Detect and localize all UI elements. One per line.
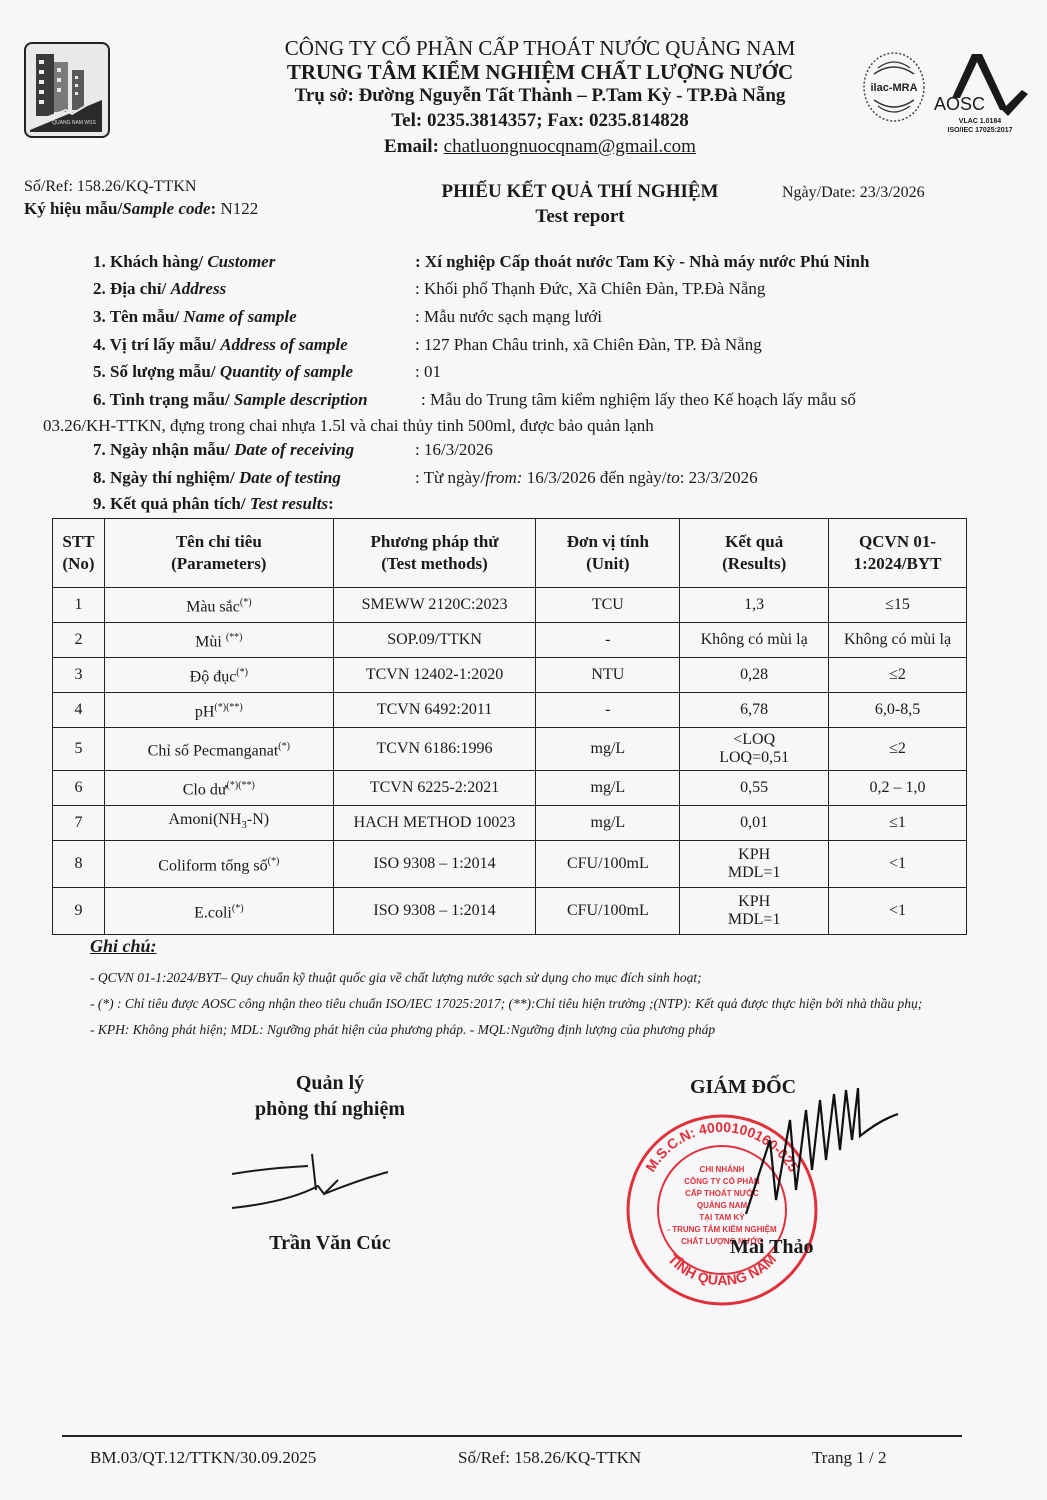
footer-divider	[62, 1435, 962, 1437]
cell-limit: ≤2	[829, 728, 967, 771]
cell-method: ISO 9308 – 1:2014	[333, 888, 536, 935]
svg-text:ISO/IEC 17025:2017: ISO/IEC 17025:2017	[948, 127, 1013, 134]
building-logo-icon: QUANG NAM WSS	[26, 44, 108, 136]
cell-parameter: Màu sắc(*)	[104, 588, 333, 623]
cell-no: 2	[53, 623, 105, 658]
report-title: PHIẾU KẾT QUẢ THÍ NGHIỆM Test report	[420, 180, 740, 230]
cell-no: 5	[53, 728, 105, 771]
cell-result: 0,55	[680, 771, 829, 806]
cell-unit: mg/L	[536, 728, 680, 771]
cell-method: TCVN 6492:2011	[333, 693, 536, 728]
lab-manager-title: Quản lý phòng thí nghiệm	[200, 1070, 460, 1122]
cell-unit: TCU	[536, 588, 680, 623]
center-name: TRUNG TÂM KIỂM NGHIỆM CHẤT LƯỢNG NƯỚC	[150, 60, 930, 84]
cell-method: HACH METHOD 10023	[333, 806, 536, 841]
info-sample-description-cont: 03.26/KH-TTKN, đựng trong chai nhựa 1.5l…	[43, 416, 654, 436]
table-row: 3 Độ đục(*) TCVN 12402-1:2020 NTU 0,28 ≤…	[53, 658, 967, 693]
results-table: STT(No) Tên chỉ tiêu(Parameters) Phương …	[52, 518, 967, 935]
email-link[interactable]: chatluongnuocqnam@gmail.com	[444, 136, 696, 157]
cell-unit: CFU/100mL	[536, 888, 680, 935]
cell-parameter: Độ đục(*)	[104, 658, 333, 693]
table-row: 6 Clo dư(*)(**) TCVN 6225-2:2021 mg/L 0,…	[53, 771, 967, 806]
info-customer: 1. Khách hàng/ Customer : Xí nghiệp Cấp …	[93, 252, 275, 272]
cell-parameter: Amoni(NH3-N)	[104, 806, 333, 841]
aosc-check-icon: AOSC VLAC 1.0184 ISO/IEC 17025:2017	[930, 46, 1030, 136]
cell-limit: ≤15	[829, 588, 967, 623]
col-no: STT(No)	[53, 519, 105, 588]
svg-text:- TRUNG TÂM KIỂM NGHIỆM: - TRUNG TÂM KIỂM NGHIỆM	[667, 1225, 777, 1234]
sample-code: Ký hiệu mẫu/Sample code: N122	[24, 198, 258, 220]
cell-method: SOP.09/TTKN	[333, 623, 536, 658]
address-line: Trụ sở: Đường Nguyễn Tất Thành – P.Tam K…	[150, 84, 930, 108]
note-line: - QCVN 01-1:2024/BYT– Quy chuẩn kỹ thuật…	[90, 968, 985, 988]
cell-result: 1,3	[680, 588, 829, 623]
cell-result: KPHMDL=1	[680, 888, 829, 935]
cell-result: Không có mùi lạ	[680, 623, 829, 658]
cell-unit: NTU	[536, 658, 680, 693]
cell-limit: 6,0-8,5	[829, 693, 967, 728]
cell-result: 0,28	[680, 658, 829, 693]
cell-limit: ≤2	[829, 658, 967, 693]
lab-manager-signature-icon	[228, 1150, 398, 1210]
cell-result: 6,78	[680, 693, 829, 728]
aosc-logo: AOSC VLAC 1.0184 ISO/IEC 17025:2017	[930, 46, 1030, 136]
cell-no: 9	[53, 888, 105, 935]
info-sample-description: 6. Tình trạng mẫu/ Sample description : …	[93, 390, 368, 410]
info-date-testing: 8. Ngày thí nghiệm/ Date of testing : Từ…	[93, 468, 341, 488]
cell-unit: mg/L	[536, 771, 680, 806]
info-sample-name: 3. Tên mẫu/ Name of sample : Mẫu nước sạ…	[93, 307, 297, 327]
cell-limit: <1	[829, 841, 967, 888]
director-signature-icon	[740, 1080, 900, 1220]
cell-method: TCVN 6225-2:2021	[333, 771, 536, 806]
cell-no: 6	[53, 771, 105, 806]
col-result: Kết quả(Results)	[680, 519, 829, 588]
svg-text:AOSC: AOSC	[934, 94, 985, 114]
table-row: 9 E.coli(*) ISO 9308 – 1:2014 CFU/100mL …	[53, 888, 967, 935]
email-line: Email: chatluongnuocqnam@gmail.com	[150, 134, 930, 160]
phone-line: Tel: 0235.3814357; Fax: 0235.814828	[150, 108, 930, 134]
col-method: Phương pháp thử(Test methods)	[333, 519, 536, 588]
svg-text:QUANG NAM WSS: QUANG NAM WSS	[52, 120, 96, 126]
cell-parameter: Mùi (**)	[104, 623, 333, 658]
cell-limit: 0,2 – 1,0	[829, 771, 967, 806]
company-name: CÔNG TY CỔ PHẦN CẤP THOÁT NƯỚC QUẢNG NAM	[150, 36, 930, 60]
info-test-results: 9. Kết quả phân tích/ Test results:	[93, 494, 334, 514]
cell-no: 7	[53, 806, 105, 841]
cell-no: 3	[53, 658, 105, 693]
svg-text:ilac-MRA: ilac-MRA	[870, 82, 917, 94]
cell-no: 1	[53, 588, 105, 623]
table-row: 1 Màu sắc(*) SMEWW 2120C:2023 TCU 1,3 ≤1…	[53, 588, 967, 623]
svg-text:CHI NHÁNH: CHI NHÁNH	[700, 1165, 745, 1174]
cell-parameter: Clo dư(*)(**)	[104, 771, 333, 806]
note-line: - KPH: Không phát hiện; MDL: Ngưỡng phát…	[90, 1020, 985, 1040]
organization-header: CÔNG TY CỔ PHẦN CẤP THOÁT NƯỚC QUẢNG NAM…	[150, 36, 930, 160]
table-row: 7 Amoni(NH3-N) HACH METHOD 10023 mg/L 0,…	[53, 806, 967, 841]
title-en: Test report	[420, 204, 740, 230]
col-limit: QCVN 01-1:2024/BYT	[829, 519, 967, 588]
info-address: 2. Địa chỉ/ Address : Khối phố Thạnh Đức…	[93, 279, 226, 299]
cell-no: 8	[53, 841, 105, 888]
lab-manager-name: Trần Văn Cúc	[200, 1232, 460, 1255]
note-line: - (*) : Chỉ tiêu được AOSC công nhận the…	[90, 994, 985, 1014]
col-parameter: Tên chỉ tiêu(Parameters)	[104, 519, 333, 588]
table-header-row: STT(No) Tên chỉ tiêu(Parameters) Phương …	[53, 519, 967, 588]
title-vi: PHIẾU KẾT QUẢ THÍ NGHIỆM	[420, 180, 740, 204]
cell-method: SMEWW 2120C:2023	[333, 588, 536, 623]
cell-result: <LOQLOQ=0,51	[680, 728, 829, 771]
notes: - QCVN 01-1:2024/BYT– Quy chuẩn kỹ thuật…	[90, 968, 985, 1046]
info-quantity: 5. Số lượng mẫu/ Quantity of sample : 01	[93, 362, 353, 382]
cell-unit: CFU/100mL	[536, 841, 680, 888]
cell-limit: ≤1	[829, 806, 967, 841]
ilac-mra-icon: ilac-MRA	[862, 50, 926, 124]
svg-text:VLAC 1.0184: VLAC 1.0184	[959, 118, 1002, 125]
cell-method: TCVN 12402-1:2020	[333, 658, 536, 693]
ilac-mra-logo: ilac-MRA	[862, 50, 926, 124]
form-code: BM.03/QT.12/TTKN/30.09.2025	[90, 1448, 316, 1468]
company-logo: QUANG NAM WSS	[24, 42, 110, 138]
table-row: 8 Coliform tổng số(*) ISO 9308 – 1:2014 …	[53, 841, 967, 888]
cell-unit: mg/L	[536, 806, 680, 841]
table-row: 5 Chỉ số Pecmanganat(*) TCVN 6186:1996 m…	[53, 728, 967, 771]
cell-limit: <1	[829, 888, 967, 935]
cell-method: TCVN 6186:1996	[333, 728, 536, 771]
cell-parameter: pH(*)(**)	[104, 693, 333, 728]
info-date-receiving: 7. Ngày nhận mẫu/ Date of receiving : 16…	[93, 440, 354, 460]
col-unit: Đơn vị tính(Unit)	[536, 519, 680, 588]
cell-unit: -	[536, 623, 680, 658]
cell-result: KPHMDL=1	[680, 841, 829, 888]
cell-result: 0,01	[680, 806, 829, 841]
ref-number: Số/Ref: 158.26/KQ-TTKN	[24, 176, 258, 198]
table-row: 4 pH(*)(**) TCVN 6492:2011 - 6,78 6,0-8,…	[53, 693, 967, 728]
table-row: 2 Mùi (**) SOP.09/TTKN - Không có mùi lạ…	[53, 623, 967, 658]
report-reference: Số/Ref: 158.26/KQ-TTKN Ký hiệu mẫu/Sampl…	[24, 176, 258, 220]
svg-text:TẠI TAM KỲ: TẠI TAM KỲ	[699, 1213, 745, 1222]
cell-parameter: Chỉ số Pecmanganat(*)	[104, 728, 333, 771]
director-name: Mai Thảo	[730, 1236, 814, 1259]
cell-no: 4	[53, 693, 105, 728]
page-number: Trang 1 / 2	[812, 1448, 886, 1468]
footer-ref: Số/Ref: 158.26/KQ-TTKN	[458, 1448, 641, 1468]
cell-parameter: Coliform tổng số(*)	[104, 841, 333, 888]
cell-method: ISO 9308 – 1:2014	[333, 841, 536, 888]
info-sample-address: 4. Vị trí lấy mẫu/ Address of sample : 1…	[93, 335, 348, 355]
cell-unit: -	[536, 693, 680, 728]
cell-parameter: E.coli(*)	[104, 888, 333, 935]
notes-title: Ghi chú:	[90, 936, 157, 957]
report-date: Ngày/Date: 23/3/2026	[782, 184, 925, 202]
email-label: Email:	[384, 136, 439, 157]
cell-limit: Không có mùi lạ	[829, 623, 967, 658]
